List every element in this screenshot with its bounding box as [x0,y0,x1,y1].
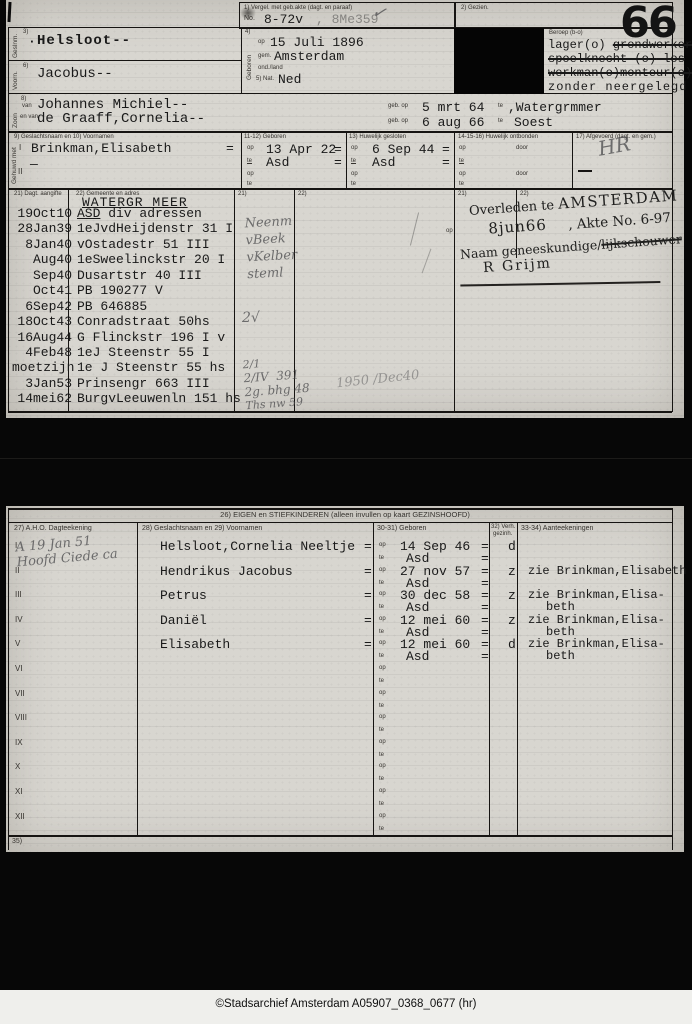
addr-date: 18Oct43 [12,314,77,329]
te-label: te [379,727,384,733]
addr-date: 16Aug44 [12,330,77,345]
child-row: II Hendrikus Jacobus = op 27 nov 57 = z … [8,563,672,588]
pencil-line: vKelber [246,247,298,267]
rule-line [241,131,242,188]
addr-value: Dusartstr 40 III [77,268,202,283]
addr-date: moetzijn [12,360,77,375]
rule-line [241,27,242,93]
address-row: Oct41PB 190277 V [12,283,238,298]
address-row: 16Aug44G Flinckstr 196 I v [12,330,238,345]
m-div-op: op [459,145,466,151]
occupation-2b-struck: los [656,52,685,66]
pencil-line: Neenm [244,213,296,233]
compare-label: 1) Vergel. met geb.akte (dagt. en paraaf… [244,5,352,11]
child-name: Hendrikus Jacobus [160,564,293,579]
m-born-te: te [247,158,252,164]
child-row: VII op te [8,686,672,711]
nationality-label: 5) Nat. [256,76,274,82]
op-label: op [379,714,386,720]
m-born-eq2: = [334,155,342,170]
rule-line [8,522,672,523]
scan-seam [0,458,692,459]
rule-line [8,411,672,413]
op-label: op [379,813,386,819]
col21-header: 21) [238,191,247,197]
pencil-line: steml [247,264,299,284]
addr-date: 8Jan40 [12,237,77,252]
m-div-door: door [516,145,528,151]
mother-born-date: 6 aug 66 [422,115,484,130]
col32-header-b: gezinh. [493,531,512,537]
wedding-place: Asd [372,155,395,170]
stain [240,6,256,20]
addr-value: ASD div adressen [77,206,202,221]
address-row: 6Sep42PB 646885 [12,299,238,314]
addr-date: Aug40 [12,252,77,267]
op-label: op [379,542,386,548]
op-label: op [379,640,386,646]
addr-value: 1eJvdHeijdenstr 31 I [77,221,233,236]
surname-side-label: Geslnm. [12,30,19,58]
eq: = [364,613,372,628]
addr-date: 3Jan53 [12,376,77,391]
m-wed-eq2: = [442,155,450,170]
te-label: te [379,752,384,758]
addr-date: 4Feb48 [12,345,77,360]
born-municipality: Amsterdam [274,49,344,64]
col22-header: 22) [298,191,307,197]
te-label: te [379,580,384,586]
rule-line [8,835,672,837]
addr-underlined: ASD [77,206,100,221]
rule-line [454,188,455,411]
eq: = [364,539,372,554]
te-label: te [379,776,384,782]
addr-value: vOstadestr 51 III [77,237,210,252]
child-name: Elisabeth [160,637,230,652]
address-row: moetzijn1e J Steenstr 55 hs [12,360,238,375]
occupation-line-4: zonder neergelegd [548,80,687,94]
spouse-row-numeral: I [19,143,21,152]
row-numeral: VI [15,664,23,673]
pencil-conrad-mark: 2√ [242,310,260,326]
born-number: 4) [245,29,250,35]
born-land-label: ond./land [258,65,283,71]
surname-value: Helsloot-- [37,33,131,49]
col3334-header: 33-34) Aanteekeningen [521,525,593,532]
marriage-name-header: 9) Geslachtsnaam en 10) Voornamen [14,134,114,140]
address-row: Sep40Dusartstr 40 III [12,268,238,283]
eq: = [364,564,372,579]
address-row: 19Oct10ASD div adressen [12,206,238,221]
death-col21-header: 21) [458,191,467,197]
m-wed-te: te [351,158,356,164]
op-label: op [379,665,386,671]
hand-drawn-line [460,281,660,286]
addr-rest: div adressen [100,206,201,221]
row-numeral: XII [15,812,25,821]
op-label: op [379,763,386,769]
occupation-label: Beroep (b-o) [549,30,583,36]
spouse-name: Brinkman,Elisabeth [31,141,171,156]
m-wed-op2: op [351,171,358,177]
child-name: Petrus [160,588,207,603]
firstnames-value: Jacobus-- [37,66,113,82]
check-mark: ✓ [370,2,388,25]
addr-date: 28Jan39 [12,221,77,236]
occupation-3a-struck: werkman(o) [548,66,620,80]
address-row: 8Jan40vOstadestr 51 III [12,237,238,252]
address-row: 4Feb481eJ Steenstr 55 I [12,345,238,360]
person-card-front: 1) Vergel. met geb.akte (dagt. en paraaf… [6,0,684,418]
eq: = [364,588,372,603]
row-numeral: V [15,639,20,648]
row-numeral: XI [15,787,23,796]
row-numeral: II [15,566,19,575]
op-label: op [379,690,386,696]
m-born-te2: te [247,181,252,187]
te-label: te [379,801,384,807]
removed-dash [578,170,592,172]
te-label: te [379,604,384,610]
addr-value: G Flinckstr 196 I v [77,330,225,345]
op-label: op [379,591,386,597]
child-row: XI op te [8,784,672,809]
te-label: te [379,629,384,635]
mother-born-label: geb. op [388,118,408,124]
compare-number-2: , 8Me359 [316,12,378,27]
death-city: AMSTERDAM [558,186,679,212]
rule-line [8,60,241,61]
pencil-note-right: 1950 /Dec40 [335,368,420,392]
m-born-op2: op [247,171,254,177]
parents-van-label: van [22,103,32,109]
married-side-label: Gehuwd met [11,138,18,184]
address-row: 14mei62BurgvLeeuwenln 151 hs [12,391,238,406]
address-row: 3Jan53Prinsengr 663 III [12,376,238,391]
father-born-te-label: te [498,103,503,109]
stray-mark: · [28,34,36,49]
address-list: 19Oct10ASD div adressen 28Jan391eJvdHeij… [12,206,238,407]
children-section-title: 26) EIGEN en STIEFKINDEREN (alleen invul… [6,510,684,519]
child-row: VI op te [8,661,672,686]
firstnames-side-label: Voorn. [12,64,19,90]
occupation-1a: lager(o) [548,38,613,52]
eq: = [364,637,372,652]
col27-header: 27) A.H.O. Dagteekening [14,525,92,532]
op-label: op [379,788,386,794]
children-card-back: 26) EIGEN en STIEFKINDEREN (alleen invul… [6,506,684,852]
col32-header-a: 32) Verh. [491,524,515,530]
removed-hand-note: HR [596,131,632,160]
rule-line [8,188,672,190]
addr-date: Oct41 [12,283,77,298]
child-row: IV Daniël = op 12 mei 60 = z zie Brinkma… [8,612,672,637]
addr-value: BurgvLeeuwenln 151 hs [77,391,241,406]
occupation-2a-struck: spoelknecht (o) [548,52,656,66]
row-numeral: VII [15,689,25,698]
child-row: X op te [8,759,672,784]
child-row: XII op te [8,809,672,834]
redaction-box [454,28,544,94]
parents-envan-label: en van [20,114,38,120]
nationality-value: Ned [278,72,301,87]
child-note: zie Brinkman,Elisabeth [528,564,686,578]
child-name: Daniël [160,613,207,628]
col28-header: 28) Geslachtsnaam en 29) Voornamen [142,525,262,532]
firstnames-number: 6) [23,63,28,69]
row-numeral: IX [15,738,23,747]
op-label: op [379,739,386,745]
relation-code: z [508,564,516,579]
death-physician-name: R Grijm [483,255,553,276]
m-div-te2: te [459,181,464,187]
pencil-notes-lower: 2/1 2/IV 391 2g. bhg 48 Ths nw 59 [242,354,311,412]
address-date-header: 21) Dagt. aangifte [14,191,62,197]
relation-code: d [508,637,516,652]
pencil-notes-col21: Neenm vBeek vKelber steml [244,213,298,284]
rule-line [346,131,347,188]
te-label: te [379,703,384,709]
te-label: te [379,653,384,659]
op-label: op [379,567,386,573]
father-born-label: geb. op [388,103,408,109]
father-born-place: ,Watergrmmer [508,100,602,115]
death-act-number: , Akte No. 6-97 [568,210,672,233]
compare-number: 8-72v [264,12,303,27]
child-row: I Helsloot,Cornelia Neeltje = op 14 Sep … [8,538,672,563]
addr-date: 14mei62 [12,391,77,406]
addr-value: Conradstraat 50hs [77,314,210,329]
compare-box: 1) Vergel. met geb.akte (dagt. en paraaf… [239,2,456,29]
mother-born-te-label: te [498,118,503,124]
marriage-born-header: 11-12) Geboren [244,134,286,140]
born-date: 15 Juli 1896 [270,35,364,50]
mother-name: de Graaff,Cornelia-- [37,111,205,127]
marriage-married-header: 13) Huwelijk gesloten [349,134,406,140]
address-row: Aug401eSweelinckstr 20 I [12,252,238,267]
m-div-door2: door [516,171,528,177]
spouse-eq: = [226,141,234,156]
m-wed-te2: te [351,181,356,187]
m-wed-op: op [351,145,358,151]
marriage-divorced-header: 14-15-16) Huwelijk ontbonden [458,134,538,140]
addr-date: 19Oct10 [12,206,77,221]
row-numeral: VIII [15,713,27,722]
addr-value: PB 646885 [77,299,147,314]
address-row: 28Jan391eJvdHeijdenstr 31 I [12,221,238,236]
op-label: op [379,616,386,622]
row-numeral: III [15,590,22,599]
occupation-line-3: werkman(o)monteur(o) [548,66,692,80]
born-op-label: op [258,39,265,45]
spouse-born-place: Asd [266,155,289,170]
relation-code: z [508,613,516,628]
father-born-date: 5 mrt 64 [422,100,484,115]
pencil-stroke [422,249,432,274]
addr-value: Prinsengr 663 III [77,376,210,391]
occupation-line-2: spoelknecht (o) los [548,52,685,66]
addr-value: 1e J Steenstr 55 hs [77,360,225,375]
addr-value: PB 190277 V [77,283,163,298]
col3031-header: 30-31) Geboren [377,525,426,532]
m-born-op: op [247,145,254,151]
addr-value: 1eSweelinckstr 20 I [77,252,225,267]
m-div-te: te [459,158,464,164]
child-row: IX op te [8,735,672,760]
row-numeral: IV [15,615,23,624]
relation-code: d [508,539,516,554]
note35-label: 35) [12,838,22,845]
child-row: III Petrus = op 30 dec 58 = z zie Brinkm… [8,587,672,612]
gezien-label: 2) Gezien. [461,5,489,11]
parents-number: 8) [21,96,26,102]
row-numeral: X [15,762,20,771]
born-side-label: Geboren [246,38,253,80]
spouse-row2-dash: — [30,157,38,172]
occupation-line-1: lager(o) grondwerker- [548,38,692,52]
addr-value: 1eJ Steenstr 55 I [77,345,210,360]
born-gem-label: gem. [258,53,271,59]
rule-line [454,131,455,188]
parents-side-label: Zoon [12,98,19,128]
death-op-label: op [446,228,453,234]
te-label: te [379,678,384,684]
addr-date: Sep40 [12,268,77,283]
death-date: 8jun66 [488,216,548,238]
rule-line [8,27,9,412]
occupation-1b-struck: grondwerker- [613,38,692,52]
rule-line [672,508,673,850]
death-coroner-struck: lijkschouwer [601,231,682,252]
address-row: 18Oct43Conradstraat 50hs [12,314,238,329]
m-div-op2: op [459,171,466,177]
te-label: te [379,555,384,561]
pencil-stroke [410,212,419,245]
child-name: Helsloot,Cornelia Neeltje [160,539,355,554]
spouse-row2-numeral: II [18,167,22,176]
relation-code: z [508,588,516,603]
mother-born-place: Soest [514,115,553,130]
child-row: VIII op te [8,710,672,735]
row-numeral: I [15,541,17,550]
te-label: te [379,826,384,832]
rule-line [572,131,573,188]
addr-date: 6Sep42 [12,299,77,314]
child-row: V Elisabeth = op 12 mei 60 = d zie Brink… [8,636,672,661]
archive-scan-page: { "page": { "number": "66", "footer_capt… [0,0,692,1024]
archive-caption: ©Stadsarchief Amsterdam A05907_0368_0677… [0,990,692,1024]
occupation-3b-struck: monteur(o) [620,66,692,80]
